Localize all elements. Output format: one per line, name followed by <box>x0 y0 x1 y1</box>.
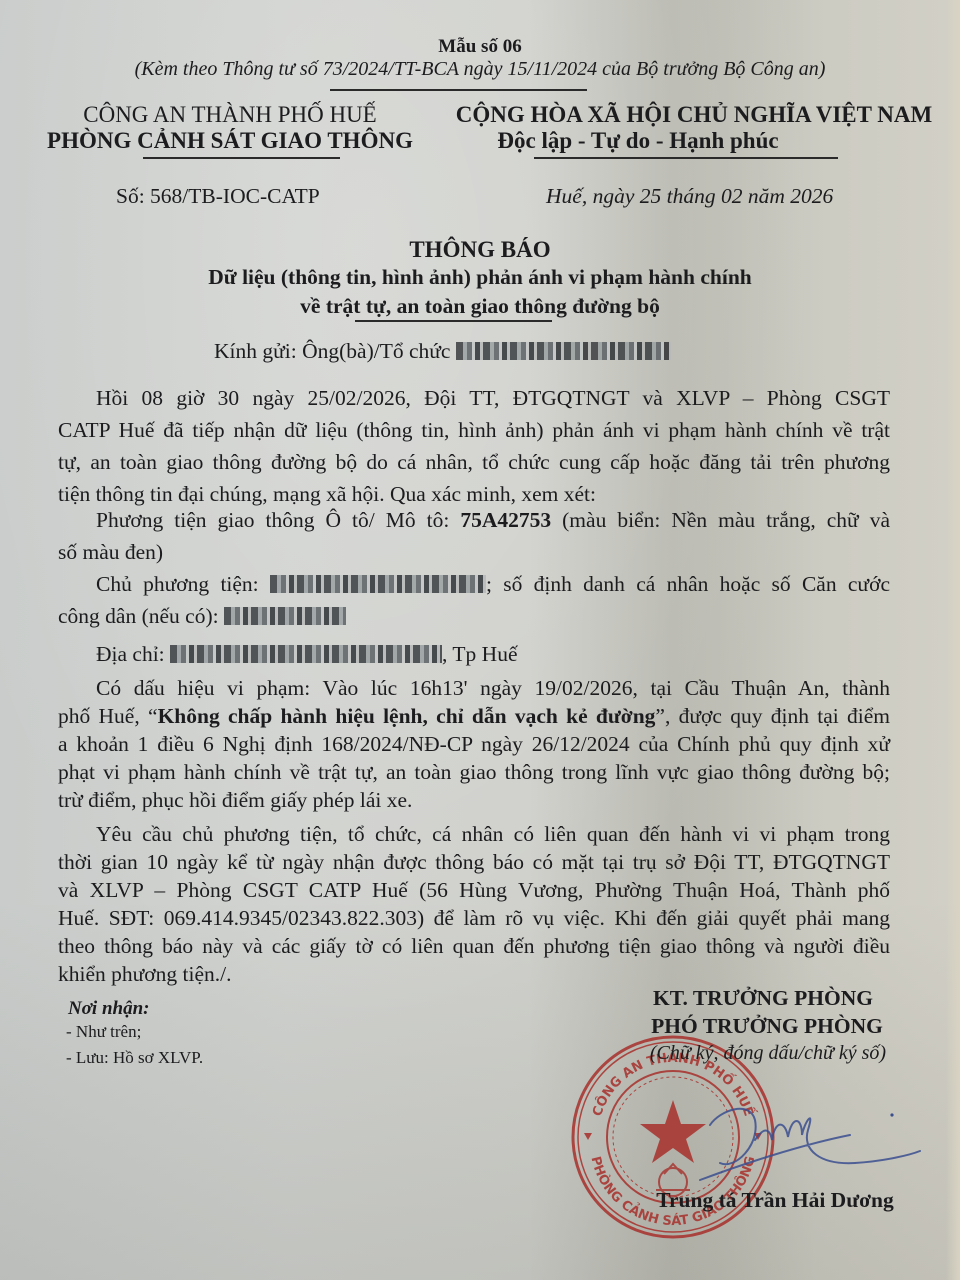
citizen-id-redacted <box>224 607 346 625</box>
paragraph-address: Địa chỉ: , Tp Huế <box>58 638 890 670</box>
signature-title-1: KT. TRƯỞNG PHÒNG <box>610 986 916 1011</box>
address-redacted <box>170 645 442 663</box>
owner-id-text: ; số định danh cá nhân hoặc số Căn cước <box>486 572 890 596</box>
recipient-item: - Như trên; <box>66 1022 141 1042</box>
text-line: Yêu cầu chủ phương tiện, tổ chức, cá nhâ… <box>58 820 890 848</box>
form-number: Mẫu số 06 <box>0 36 960 58</box>
text-line: Có dấu hiệu vi phạm: Vào lúc 16h13' ngày… <box>58 674 890 702</box>
address-city: , Tp Huế <box>442 642 517 666</box>
violation-description: Không chấp hành hiệu lệnh, chỉ dẫn vạch … <box>158 704 656 728</box>
vehicle-line: Phương tiện giao thông Ô tô/ Mô tô: 75A4… <box>58 504 890 536</box>
text-line: và XLVP – Phòng CSGT CATP Huế (56 Hùng V… <box>58 876 890 904</box>
signer-name: Trung tá Trần Hải Dương <box>620 1188 930 1213</box>
signature-note: (Chữ ký, đóng dấu/chữ ký số) <box>610 1042 926 1065</box>
document-title: THÔNG BÁO <box>0 237 960 263</box>
address-label: Địa chỉ: <box>96 642 165 666</box>
text-line: CATP Huế đã tiếp nhận dữ liệu (thông tin… <box>58 414 890 446</box>
recipients-title: Nơi nhận: <box>68 998 149 1020</box>
paragraph-owner: Chủ phương tiện: ; số định danh cá nhân … <box>58 568 890 632</box>
text-line: thời gian 10 ngày kể từ ngày nhận được t… <box>58 848 890 876</box>
paragraph-vehicle: Phương tiện giao thông Ô tô/ Mô tô: 75A4… <box>58 504 890 568</box>
recipient-item: - Lưu: Hồ sơ XLVP. <box>66 1048 203 1068</box>
attachment-note: (Kèm theo Thông tư số 73/2024/TT-BCA ngà… <box>0 58 960 81</box>
vehicle-label: Phương tiện giao thông Ô tô/ Mô tô: <box>96 508 449 532</box>
recipient-line: Kính gửi: Ông(bà)/Tổ chức <box>214 339 671 364</box>
text-line: phạt vi phạm hành chính về trật tự, an t… <box>58 758 890 786</box>
motto: Độc lập - Tự do - Hạnh phúc <box>436 128 840 154</box>
star-icon <box>584 1133 592 1140</box>
place-date: Huế, ngày 25 tháng 02 năm 2026 <box>546 184 833 209</box>
paragraph-intake: Hồi 08 giờ 30 ngày 25/02/2026, Đội TT, Đ… <box>58 382 890 510</box>
owner-name-redacted <box>270 575 486 593</box>
recipient-label: Kính gửi: Ông(bà)/Tổ chức <box>214 339 450 363</box>
text-line: trừ điểm, phục hồi điểm giấy phép lái xe… <box>58 786 890 814</box>
paragraph-request: Yêu cầu chủ phương tiện, tổ chức, cá nhâ… <box>58 820 890 988</box>
agency-parent: CÔNG AN THÀNH PHỐ HUẾ <box>20 102 440 128</box>
recipient-name-redacted <box>456 342 671 360</box>
text-line: a khoản 1 điều 6 Nghị định 168/2024/NĐ-C… <box>58 730 890 758</box>
text-line: khiển phương tiện./. <box>58 960 890 988</box>
subtitle-underline <box>355 320 552 322</box>
signature-title-2: PHÓ TRƯỞNG PHÒNG <box>614 1014 920 1039</box>
plate-color-text: (màu biển: Nền màu trắng, chữ và <box>562 508 890 532</box>
owner-label: Chủ phương tiện: <box>96 572 259 596</box>
agency-underline <box>143 157 340 159</box>
license-plate: 75A42753 <box>460 508 551 532</box>
text-line: Huế. SĐT: 069.414.9345/02343.822.303) để… <box>58 904 890 932</box>
paper-edge <box>946 0 960 1280</box>
handwritten-signature <box>680 1085 940 1195</box>
document-number: Số: 568/TB-IOC-CATP <box>116 184 320 209</box>
address-line: Địa chỉ: , Tp Huế <box>58 638 890 670</box>
citizen-id-label: công dân (nếu có): <box>58 604 219 628</box>
motto-underline <box>534 157 838 159</box>
text-line: Hồi 08 giờ 30 ngày 25/02/2026, Đội TT, Đ… <box>58 382 890 414</box>
text-fragment: phố Huế, “ <box>58 704 158 728</box>
text-fragment: ”, được quy định tại điểm <box>655 704 890 728</box>
owner-line: Chủ phương tiện: ; số định danh cá nhân … <box>58 568 890 600</box>
agency-name: PHÒNG CẢNH SÁT GIAO THÔNG <box>20 128 440 154</box>
text-line: số màu đen) <box>58 536 890 568</box>
text-line: tự, an toàn giao thông đường bộ do cá nh… <box>58 446 890 478</box>
owner-id-line: công dân (nếu có): <box>58 600 890 632</box>
country-name: CỘNG HÒA XÃ HỘI CHỦ NGHĨA VIỆT NAM <box>436 102 952 128</box>
document-subtitle-2: về trật tự, an toàn giao thông đường bộ <box>0 294 960 319</box>
text-line: theo thông báo này và các giấy tờ có liê… <box>58 932 890 960</box>
separator-line <box>330 89 587 91</box>
violation-line: phố Huế, “Không chấp hành hiệu lệnh, chỉ… <box>58 702 890 730</box>
document-subtitle-1: Dữ liệu (thông tin, hình ảnh) phản ánh v… <box>0 265 960 290</box>
paragraph-violation: Có dấu hiệu vi phạm: Vào lúc 16h13' ngày… <box>58 674 890 814</box>
